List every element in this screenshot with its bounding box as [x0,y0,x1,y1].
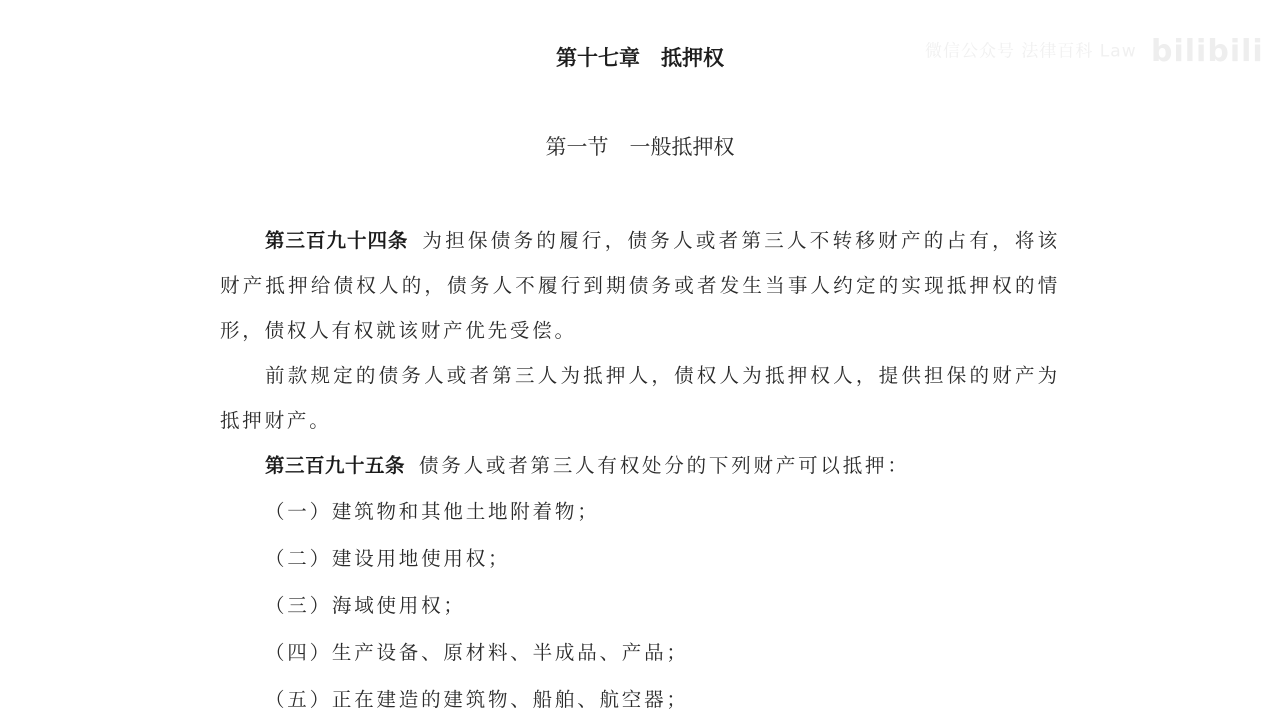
section-title: 第一节 一般抵押权 [0,131,1280,161]
article-395-paragraph-1: 第三百九十五条债务人或者第三人有权处分的下列财产可以抵押： [220,443,1060,488]
article-394-paragraph-2: 前款规定的债务人或者第三人为抵押人，债权人为抵押权人，提供担保的财产为抵押财产。 [220,353,1060,443]
article-394-paragraph-1: 第三百九十四条为担保债务的履行，债务人或者第三人不转移财产的占有，将该财产抵押给… [220,218,1060,353]
chapter-title: 第十七章 抵押权 [0,42,1280,72]
document-body: 第三百九十四条为担保债务的履行，债务人或者第三人不转移财产的占有，将该财产抵押给… [220,218,1060,720]
article-number: 第三百九十四条 [265,229,408,252]
article-text: 债务人或者第三人有权处分的下列财产可以抵押： [419,454,910,477]
article-number: 第三百九十五条 [265,454,405,477]
article-text: 前款规定的债务人或者第三人为抵押人，债权人为抵押权人，提供担保的财产为抵押财产。 [220,364,1060,432]
list-item: （三）海域使用权； [220,582,1060,629]
list-item: （二）建设用地使用权； [220,535,1060,582]
list-item: （五）正在建造的建筑物、船舶、航空器； [220,676,1060,720]
list-item: （一）建筑物和其他土地附着物； [220,488,1060,535]
list-item: （四）生产设备、原材料、半成品、产品； [220,629,1060,676]
